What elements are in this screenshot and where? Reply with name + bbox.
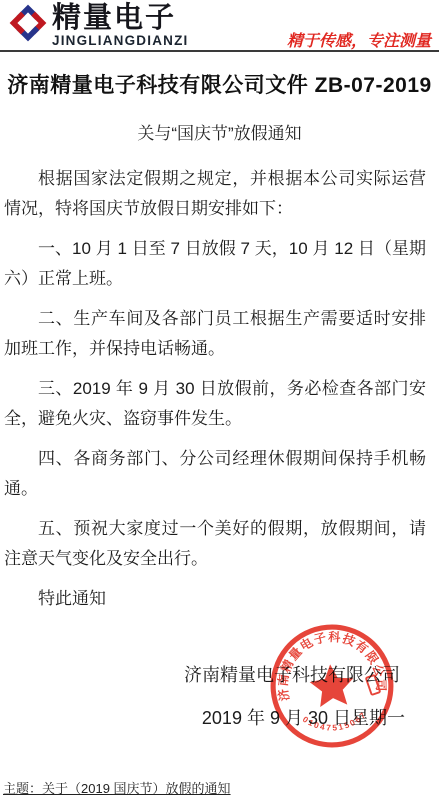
footer-subject-line: 主题：关于（2019 国庆节）放假的通知 [3,778,231,797]
paragraph-item-4: 四、各商务部门、分公司经理休假期间保持手机畅通。 [4,444,426,504]
document-body: 济南精量电子科技有限公司文件 ZB-07-2019 关与“国庆节”放假通知 根据… [0,52,439,624]
logo-pinwheel-icon [8,3,48,43]
document-subtitle: 关与“国庆节”放假通知 [0,119,439,144]
company-slogan: 精于传感，专注测量 [287,28,431,51]
notice-paragraphs: 根据国家法定假期之规定，并根据本公司实际运营情况，特将国庆节放假日期安排如下： … [0,164,439,614]
paragraph-item-1: 一、10 月 1 日至 7 日放假 7 天，10 月 12 日（星期六）正常上班… [4,234,426,294]
paragraph-item-3: 三、2019 年 9 月 30 日放假前，务必检查各部门安全，避免火灾、盗窃事件… [4,374,426,434]
signature-date: 2019 年 9 月 30 日星期一 [0,704,439,730]
paragraph-intro: 根据国家法定假期之规定，并根据本公司实际运营情况，特将国庆节放假日期安排如下： [4,164,426,224]
paragraph-closing: 特此通知 [4,584,426,614]
document-title: 济南精量电子科技有限公司文件 ZB-07-2019 [0,69,439,99]
logo-latin-name: JINGLIANGDIANZI [52,33,189,48]
logo-chinese-name: 精量电子 [52,3,189,33]
logo-wordmark: 精量电子 JINGLIANGDIANZI [52,3,189,48]
signature-company: 济南精量电子科技有限公司 [0,661,439,687]
document-page: 精量电子 JINGLIANGDIANZI 精于传感，专注测量 济南精量电子科技有… [0,0,439,800]
letterhead: 精量电子 JINGLIANGDIANZI 精于传感，专注测量 [0,0,439,52]
paragraph-item-2: 二、生产车间及各部门员工根据生产需要适时安排加班工作，并保持电话畅通。 [4,304,426,364]
paragraph-item-5: 五、预祝大家度过一个美好的假期，放假期间，请注意天气变化及安全出行。 [4,514,426,574]
company-logo: 精量电子 JINGLIANGDIANZI [8,3,189,48]
